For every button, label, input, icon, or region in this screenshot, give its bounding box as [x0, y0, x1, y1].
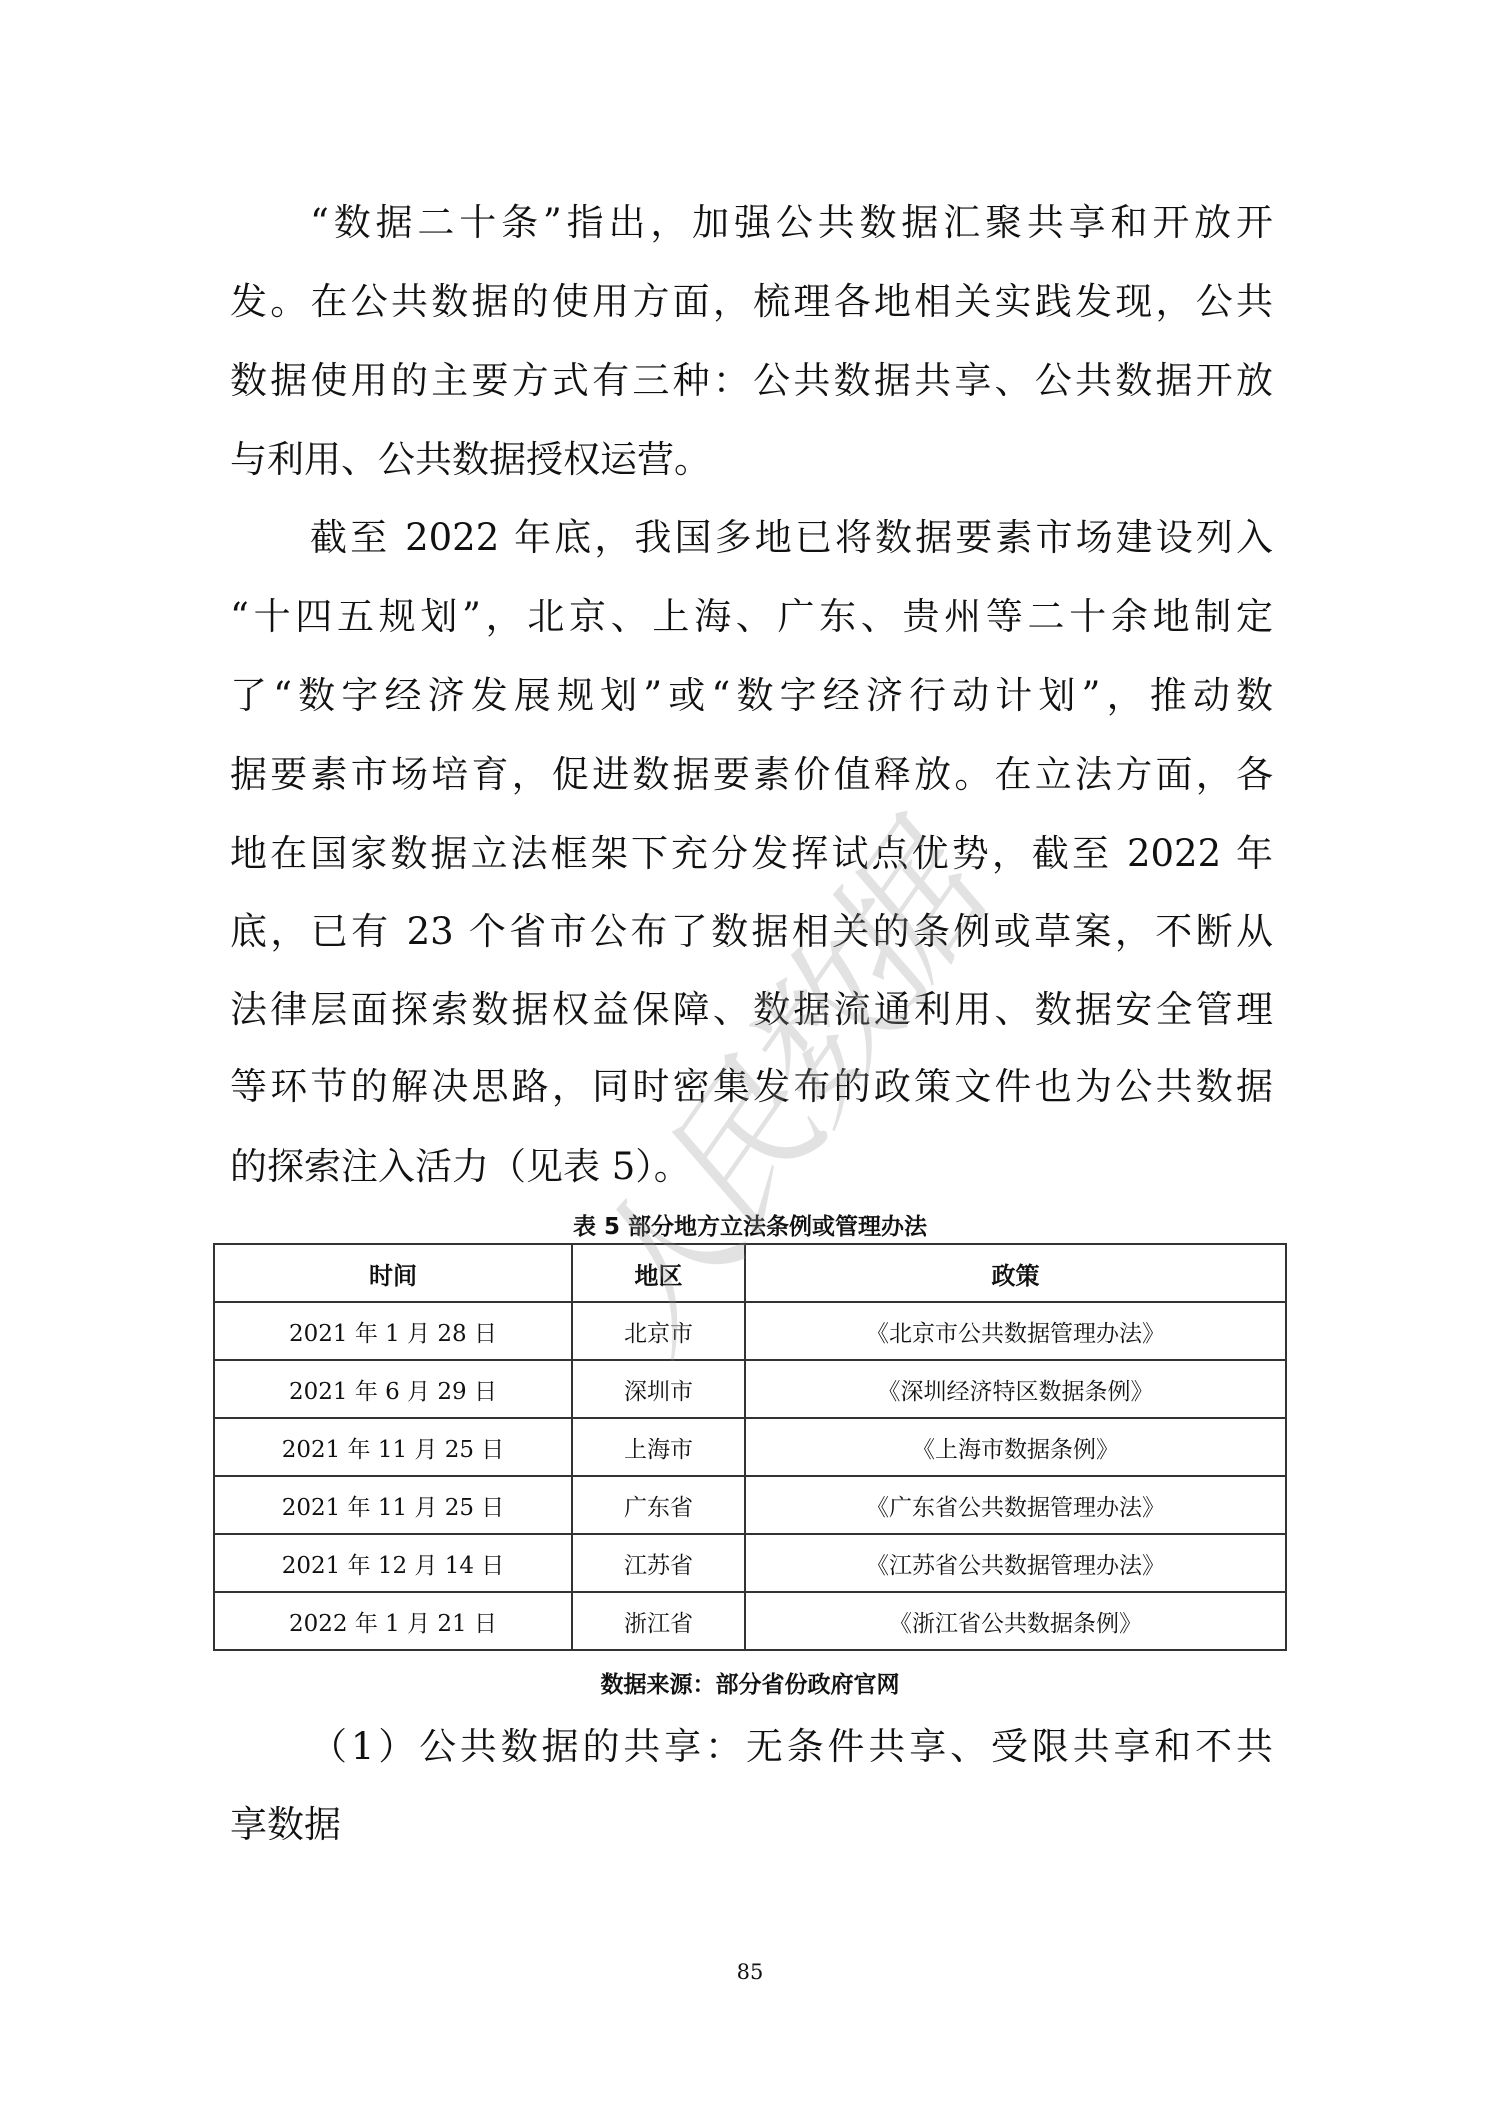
table-header-row: 时间 地区 政策: [214, 1244, 1286, 1302]
page-number: 85: [700, 1958, 800, 1986]
text-line: 数据使用的主要方式有三种：公共数据共享、公共数据开放: [230, 356, 1273, 406]
cell-region: 上海市: [572, 1418, 745, 1476]
text-line: “数据二十条”指出，加强公共数据汇聚共享和开放开: [310, 198, 1273, 248]
table-source-note: 数据来源：部分省份政府官网: [213, 1670, 1287, 1700]
table-row: 2021 年 6 月 29 日 深圳市 《深圳经济特区数据条例》: [214, 1360, 1286, 1418]
column-header-region: 地区: [572, 1244, 745, 1302]
cell-time: 2021 年 6 月 29 日: [214, 1360, 572, 1418]
cell-time: 2021 年 11 月 25 日: [214, 1476, 572, 1534]
cell-region: 浙江省: [572, 1592, 745, 1650]
text-line: 了“数字经济发展规划”或“数字经济行动计划”，推动数: [230, 671, 1273, 721]
table-row: 2021 年 1 月 28 日 北京市 《北京市公共数据管理办法》: [214, 1302, 1286, 1360]
text-line: “十四五规划”，北京、上海、广东、贵州等二十余地制定: [230, 592, 1273, 642]
text-line: 等环节的解决思路，同时密集发布的政策文件也为公共数据: [230, 1062, 1273, 1112]
cell-time: 2021 年 1 月 28 日: [214, 1302, 572, 1360]
cell-time: 2022 年 1 月 21 日: [214, 1592, 572, 1650]
table-row: 2021 年 12 月 14 日 江苏省 《江苏省公共数据管理办法》: [214, 1534, 1286, 1592]
cell-policy: 《浙江省公共数据条例》: [745, 1592, 1286, 1650]
text-line: 底，已有 23 个省市公布了数据相关的条例或草案，不断从: [230, 907, 1273, 957]
cell-region: 深圳市: [572, 1360, 745, 1418]
text-line: 享数据: [230, 1800, 1273, 1850]
cell-time: 2021 年 11 月 25 日: [214, 1418, 572, 1476]
document-page: “数据二十条”指出，加强公共数据汇聚共享和开放开 发。在公共数据的使用方面，梳理…: [0, 0, 1500, 2121]
text-line: 与利用、公共数据授权运营。: [230, 435, 1273, 485]
table-row: 2021 年 11 月 25 日 广东省 《广东省公共数据管理办法》: [214, 1476, 1286, 1534]
column-header-policy: 政策: [745, 1244, 1286, 1302]
text-line: 法律层面探索数据权益保障、数据流通利用、数据安全管理: [230, 985, 1273, 1035]
text-line: 据要素市场培育，促进数据要素价值释放。在立法方面，各: [230, 750, 1273, 800]
text-line: 发。在公共数据的使用方面，梳理各地相关实践发现，公共: [230, 277, 1273, 327]
section-heading-line: （1）公共数据的共享：无条件共享、受限共享和不共: [310, 1722, 1273, 1772]
cell-policy: 《北京市公共数据管理办法》: [745, 1302, 1286, 1360]
table-caption: 表 5 部分地方立法条例或管理办法: [213, 1212, 1287, 1242]
cell-policy: 《广东省公共数据管理办法》: [745, 1476, 1286, 1534]
text-line: 的探索注入活力（见表 5）。: [230, 1142, 1273, 1192]
table-row: 2021 年 11 月 25 日 上海市 《上海市数据条例》: [214, 1418, 1286, 1476]
policy-table: 时间 地区 政策 2021 年 1 月 28 日 北京市 《北京市公共数据管理办…: [213, 1243, 1287, 1651]
cell-policy: 《深圳经济特区数据条例》: [745, 1360, 1286, 1418]
cell-policy: 《上海市数据条例》: [745, 1418, 1286, 1476]
text-line: 地在国家数据立法框架下充分发挥试点优势，截至 2022 年: [230, 829, 1273, 879]
table-row: 2022 年 1 月 21 日 浙江省 《浙江省公共数据条例》: [214, 1592, 1286, 1650]
cell-region: 江苏省: [572, 1534, 745, 1592]
cell-region: 北京市: [572, 1302, 745, 1360]
cell-policy: 《江苏省公共数据管理办法》: [745, 1534, 1286, 1592]
cell-region: 广东省: [572, 1476, 745, 1534]
text-line: 截至 2022 年底，我国多地已将数据要素市场建设列入: [310, 513, 1273, 563]
column-header-time: 时间: [214, 1244, 572, 1302]
cell-time: 2021 年 12 月 14 日: [214, 1534, 572, 1592]
